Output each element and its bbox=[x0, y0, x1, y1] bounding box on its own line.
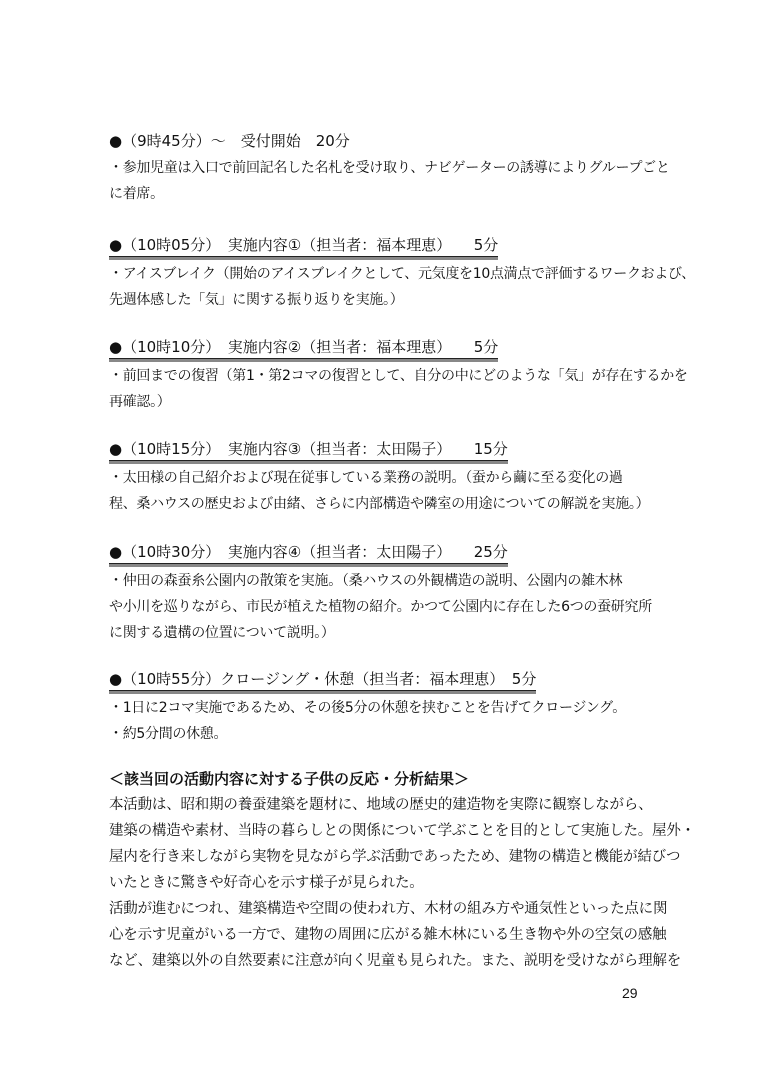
schedule-item: ●（10時10分） 実施内容②（担当者：福本理恵） 5分 ・前回までの復習（第1… bbox=[109, 336, 669, 415]
schedule-line: ・約5分間の休憩。 bbox=[109, 721, 669, 747]
analysis-line: 建築の構造や素材、当時の暮らしとの関係について学ぶことを目的として実施した。屋外… bbox=[109, 818, 669, 844]
schedule-heading: ●（10時30分） 実施内容④（担当者：太田陽子） 25分 bbox=[109, 541, 508, 566]
analysis-line: 屋内を行き来しながら実物を見ながら学ぶ活動であったため、建物の構造と機能が結びつ bbox=[109, 844, 669, 870]
page-number: 29 bbox=[622, 985, 638, 1001]
analysis-line: いたときに驚きや好奇心を示す様子が見られた。 bbox=[109, 870, 669, 896]
schedule-line: ・太田様の自己紹介および現在従事している業務の説明。（蚕から繭に至る変化の過 bbox=[109, 465, 669, 491]
analysis-section: ＜該当回の活動内容に対する子供の反応・分析結果＞ 本活動は、昭和期の養蚕建築を題… bbox=[109, 768, 669, 974]
schedule-item: ●（10時15分） 実施内容③（担当者：太田陽子） 15分 ・太田様の自己紹介お… bbox=[109, 438, 669, 517]
schedule-line: ・参加児童は入口で前回記名した名札を受け取り、ナビゲーターの誘導によりグループご… bbox=[109, 155, 669, 181]
schedule-line: ・アイスブレイク（開始のアイスブレイクとして、元気度を10点満点で評価するワーク… bbox=[109, 261, 669, 287]
schedule-heading: ●（10時05分） 実施内容①（担当者：福本理恵） 5分 bbox=[109, 234, 498, 259]
schedule-item: ●（9時45分）～ 受付開始 20分 ・参加児童は入口で前回記名した名札を受け取… bbox=[109, 130, 669, 207]
schedule-line: 先週体感した「気」に関する振り返りを実施。） bbox=[109, 287, 669, 313]
schedule-heading: ●（10時10分） 実施内容②（担当者：福本理恵） 5分 bbox=[109, 336, 498, 361]
schedule-heading: ●（10時15分） 実施内容③（担当者：太田陽子） 15分 bbox=[109, 438, 508, 463]
schedule-heading: ●（10時55分）クロージング・休憩（担当者：福本理恵） 5分 bbox=[109, 668, 536, 693]
analysis-line: 本活動は、昭和期の養蚕建築を題材に、地域の歴史的建造物を実際に観察しながら、 bbox=[109, 792, 669, 818]
analysis-line: 活動が進むにつれ、建築構造や空間の使われ方、木材の組み方や通気性といった点に関 bbox=[109, 896, 669, 922]
schedule-line: ・仲田の森蚕糸公園内の散策を実施。（桑ハウスの外観構造の説明、公園内の雑木林 bbox=[109, 568, 669, 594]
schedule-line: 再確認。） bbox=[109, 389, 669, 415]
analysis-line: など、建築以外の自然要素に注意が向く児童も見られた。また、説明を受けながら理解を bbox=[109, 948, 669, 974]
schedule-line: ・1日に2コマ実施であるため、その後5分の休憩を挟むことを告げてクロージング。 bbox=[109, 695, 669, 721]
schedule-item: ●（10時05分） 実施内容①（担当者：福本理恵） 5分 ・アイスブレイク（開始… bbox=[109, 234, 669, 313]
schedule-item: ●（10時55分）クロージング・休憩（担当者：福本理恵） 5分 ・1日に2コマ実… bbox=[109, 668, 669, 747]
schedule-line: に関する遺構の位置について説明。） bbox=[109, 620, 669, 646]
schedule-item: ●（10時30分） 実施内容④（担当者：太田陽子） 25分 ・仲田の森蚕糸公園内… bbox=[109, 541, 669, 646]
analysis-title: ＜該当回の活動内容に対する子供の反応・分析結果＞ bbox=[109, 768, 669, 790]
schedule-line: や小川を巡りながら、市民が植えた植物の紹介。かつて公園内に存在した6つの蚕研究所 bbox=[109, 594, 669, 620]
schedule-line: に着席。 bbox=[109, 181, 669, 207]
schedule-line: ・前回までの復習（第1・第2コマの復習として、自分の中にどのような「気」が存在す… bbox=[109, 363, 669, 389]
schedule-line: 程、桑ハウスの歴史および由緒、さらに内部構造や隣室の用途についての解説を実施。） bbox=[109, 491, 669, 517]
analysis-line: 心を示す児童がいる一方で、建物の周囲に広がる雑木林にいる生き物や外の空気の感触 bbox=[109, 922, 669, 948]
schedule-heading: ●（9時45分）～ 受付開始 20分 bbox=[109, 130, 350, 155]
